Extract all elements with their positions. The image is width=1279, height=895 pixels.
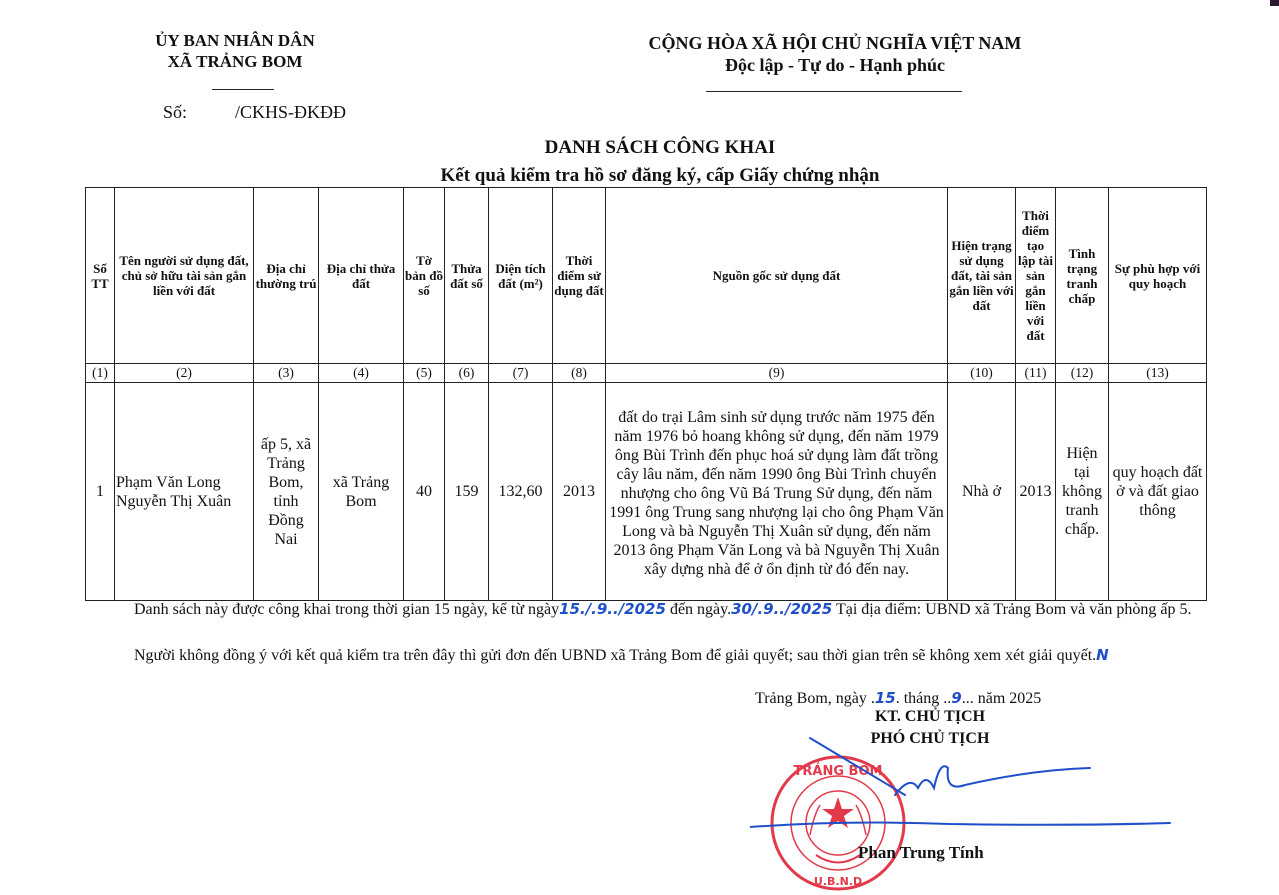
col-number: (3) xyxy=(254,364,319,383)
col-number: (7) xyxy=(489,364,553,383)
place-date-text: Trảng Bom, ngày . xyxy=(755,690,875,707)
col-number: (4) xyxy=(319,364,404,383)
col-header-map-sheet: Tờ bản đồ số xyxy=(404,188,445,364)
col-header-dispute: Tình trạng tranh chấp xyxy=(1056,188,1109,364)
national-motto: Độc lập - Tự do - Hạnh phúc xyxy=(600,54,1070,76)
document-title: DANH SÁCH CÔNG KHAI xyxy=(380,137,940,159)
col-header-current-status: Hiện trạng sử dụng đất, tài sản gắn liền… xyxy=(948,188,1016,364)
issuer-line1: ỦY BAN NHÂN DÂN xyxy=(110,30,360,51)
cell-map-sheet: 40 xyxy=(404,383,445,601)
col-number: (10) xyxy=(948,364,1016,383)
col-number: (12) xyxy=(1056,364,1109,383)
col-header-owner: Tên người sử dụng đất, chủ sở hữu tài sả… xyxy=(115,188,254,364)
cell-owner: Phạm Văn Long Nguyễn Thị Xuân xyxy=(115,383,254,601)
table-row: 1 Phạm Văn Long Nguyễn Thị Xuân ấp 5, xã… xyxy=(86,383,1207,601)
cell-asset-created: 2013 xyxy=(1016,383,1056,601)
signer-name: Phan Trung Tính xyxy=(858,843,984,863)
cell-residence: ấp 5, xã Trảng Bom, tỉnh Đồng Nai xyxy=(254,383,319,601)
handwritten-start-date: 15./.9../2025 xyxy=(559,600,666,618)
col-number: (2) xyxy=(115,364,254,383)
cell-parcel-address: xã Trảng Bom xyxy=(319,383,404,601)
signer-role-1: KT. CHỦ TỊCH xyxy=(840,708,1020,726)
issuer-header: ỦY BAN NHÂN DÂN XÃ TRẢNG BOM xyxy=(110,30,360,72)
cell-current-status: Nhà ở xyxy=(948,383,1016,601)
col-number: (6) xyxy=(445,364,489,383)
table-header-row: Số TT Tên người sử dụng đất, chủ sở hữu … xyxy=(86,188,1207,364)
records-table: Số TT Tên người sử dụng đất, chủ sở hữu … xyxy=(85,187,1207,601)
col-number: (13) xyxy=(1109,364,1207,383)
cell-planning: quy hoạch đất ở và đất giao thông xyxy=(1109,383,1207,601)
col-header-use-since: Thời điểm sử dụng đất xyxy=(553,188,606,364)
owner-name-2: Nguyễn Thị Xuân xyxy=(116,492,252,511)
cell-parcel-no: 159 xyxy=(445,383,489,601)
issuer-line2: XÃ TRẢNG BOM xyxy=(110,51,360,72)
place-date-text: ... năm 2025 xyxy=(962,690,1042,707)
column-number-row: (1) (2) (3) (4) (5) (6) (7) (8) (9) (10)… xyxy=(86,364,1207,383)
col-number: (5) xyxy=(404,364,445,383)
cell-stt: 1 xyxy=(86,383,115,601)
handwritten-end-date: 30/.9../2025 xyxy=(731,600,832,618)
seal-text-bottom: U.B.N.D xyxy=(814,875,862,888)
note-text: Người không đồng ý với kết quả kiểm tra … xyxy=(134,647,1096,664)
col-number: (9) xyxy=(606,364,948,383)
handwritten-day: 15 xyxy=(875,689,896,707)
note-text: đến ngày. xyxy=(666,601,731,618)
col-header-parcel-address: Địa chỉ thửa đất xyxy=(319,188,404,364)
col-header-stt: Số TT xyxy=(86,188,115,364)
col-header-parcel-no: Thửa đất số xyxy=(445,188,489,364)
place-date: Trảng Bom, ngày .15. tháng ..9... năm 20… xyxy=(755,689,1041,708)
owner-name-1: Phạm Văn Long xyxy=(116,473,252,492)
col-header-origin: Nguồn gốc sử dụng đất xyxy=(606,188,948,364)
complaint-note: Người không đồng ý với kết quả kiểm tra … xyxy=(108,646,1208,665)
cell-use-since: 2013 xyxy=(553,383,606,601)
col-header-asset-created: Thời điểm tạo lập tài sản gắn liền với đ… xyxy=(1016,188,1056,364)
handwritten-month: 9 xyxy=(951,689,961,707)
col-number: (8) xyxy=(553,364,606,383)
handwritten-signature-icon xyxy=(750,730,1180,840)
document-number: Số:/CKHS-ĐKĐĐ xyxy=(163,102,346,123)
document-number-label: Số: xyxy=(163,102,235,123)
scan-corner-mark xyxy=(1270,0,1279,6)
cell-area: 132,60 xyxy=(489,383,553,601)
handwritten-initial: N xyxy=(1096,646,1109,664)
publication-note: Danh sách này được công khai trong thời … xyxy=(108,600,1208,619)
national-divider xyxy=(706,91,962,92)
note-text: Tại địa điểm: UBND xã Trảng Bom và văn p… xyxy=(832,601,1191,618)
col-header-planning: Sự phù hợp với quy hoạch xyxy=(1109,188,1207,364)
col-header-residence: Địa chỉ thường trú xyxy=(254,188,319,364)
national-header: CỘNG HÒA XÃ HỘI CHỦ NGHĨA VIỆT NAM Độc l… xyxy=(600,32,1070,76)
national-title: CỘNG HÒA XÃ HỘI CHỦ NGHĨA VIỆT NAM xyxy=(600,32,1070,54)
cell-origin: đất do trại Lâm sinh sử dụng trước năm 1… xyxy=(606,383,948,601)
col-number: (1) xyxy=(86,364,115,383)
place-date-text: . tháng .. xyxy=(896,690,952,707)
document-number-suffix: /CKHS-ĐKĐĐ xyxy=(235,102,346,122)
document-subtitle: Kết quả kiểm tra hồ sơ đăng ký, cấp Giấy… xyxy=(380,165,940,187)
col-number: (11) xyxy=(1016,364,1056,383)
cell-dispute: Hiện tại không tranh chấp. xyxy=(1056,383,1109,601)
col-header-area: Diện tích đất (m²) xyxy=(489,188,553,364)
note-text: Danh sách này được công khai trong thời … xyxy=(134,601,559,618)
issuer-divider xyxy=(212,89,274,90)
